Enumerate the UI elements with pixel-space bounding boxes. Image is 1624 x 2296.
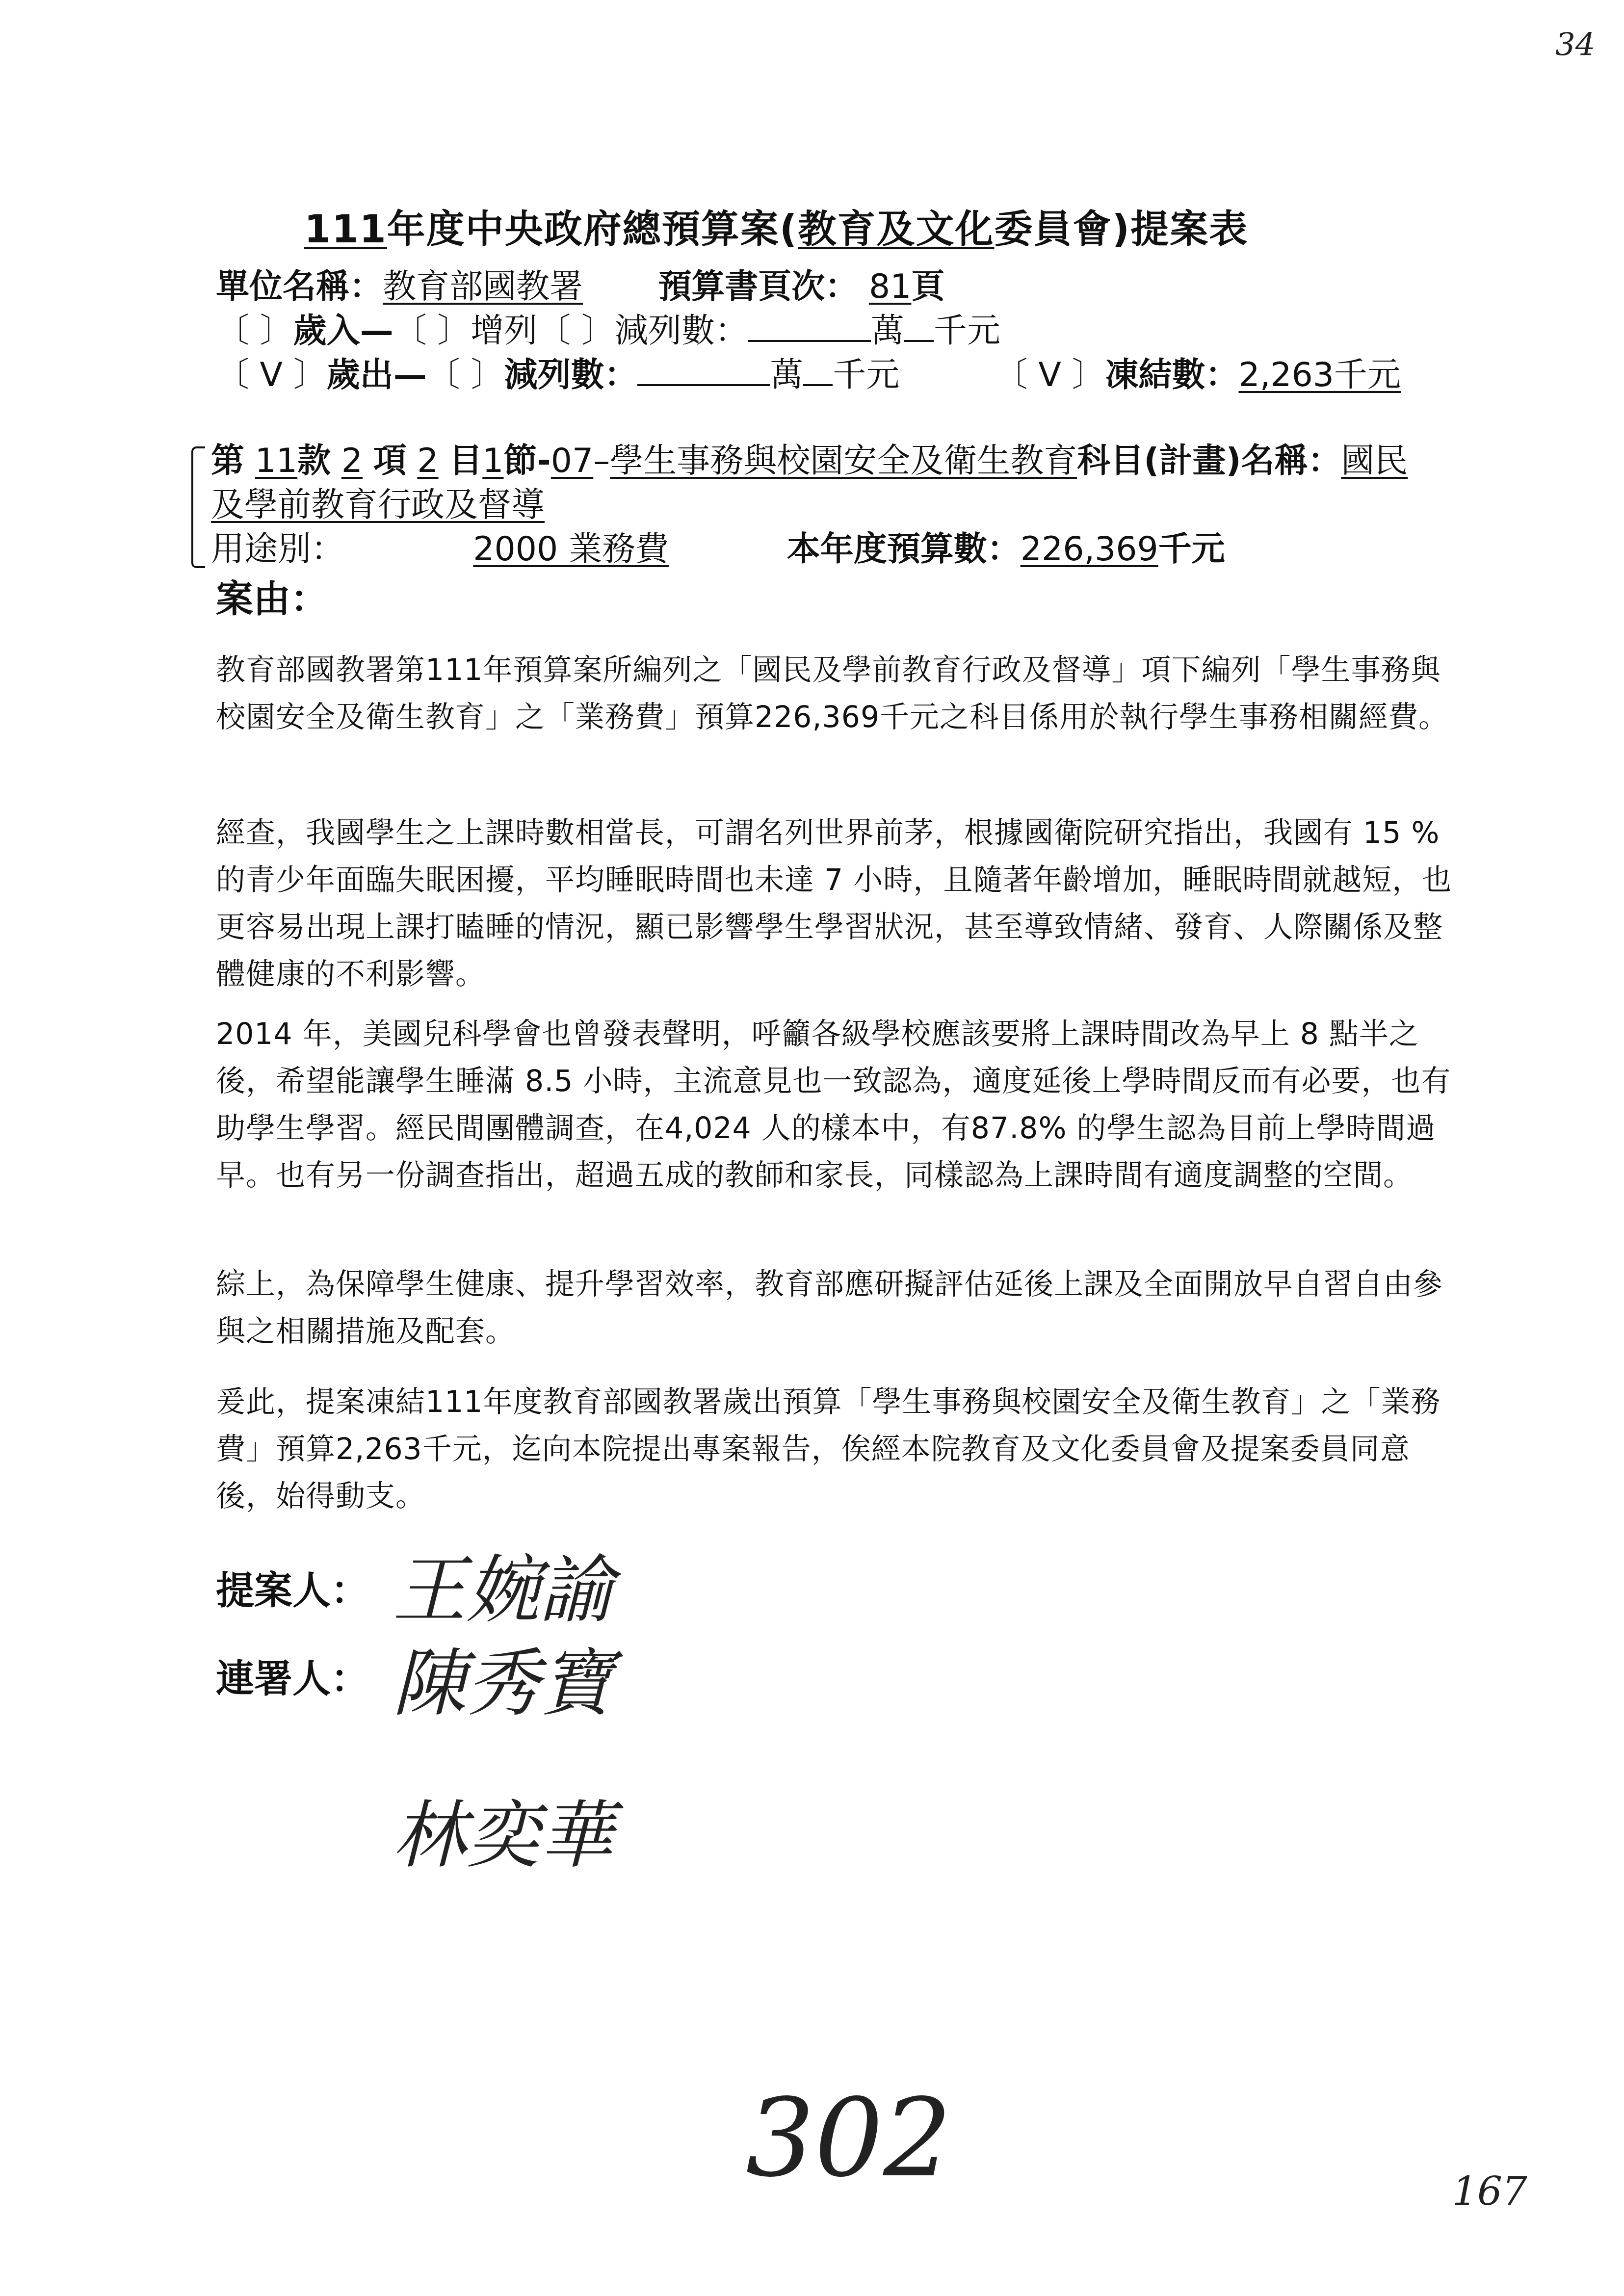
subject-xiang-label: 項 [373, 442, 407, 480]
subject-jie: 1 [482, 442, 503, 480]
paragraph-3: 2014 年，美國兒科學會也曾發表聲明，呼籲各級學校應該要將上課時間改為早上 8… [216, 1011, 1452, 1199]
page-label: 預算書頁次： [658, 267, 858, 306]
usage-row: 用途別： 2000 業務費本年度預算數：226,369千元 [211, 522, 1225, 570]
subject-kuan: 11 [255, 442, 298, 480]
subject-code: 07 [551, 442, 594, 480]
subject-kuan-label: 款 [297, 442, 331, 480]
cosigner-signature-1: 陳秀寶 [393, 1624, 613, 1730]
reduce-label: 減列數： [615, 312, 748, 350]
paragraph-4: 綜上，為保障學生健康、提升學習效率，教育部應研擬評估延後上課及全面開放早自習自由… [216, 1261, 1452, 1355]
usage-value-text: 2000 業務費 [473, 530, 669, 569]
subject-mu-label: 目 [449, 442, 482, 480]
expense-qian-blank [803, 355, 833, 386]
usage-label: 用途別： [211, 530, 344, 569]
expense-qian-label: 千元 [833, 356, 899, 394]
subject-bracket [191, 446, 205, 568]
title-year: 111 [304, 208, 387, 252]
plan-label: 科目(計畫)名稱： [1077, 442, 1341, 480]
budget-unit: 千元 [1158, 530, 1225, 569]
proposer-signature: 王婉諭 [393, 1531, 613, 1637]
expense-row: 〔 V 〕歲出—〔 〕減列數：萬千元 〔 V 〕凍結數：2,263千元 [216, 348, 1401, 396]
expense-wan-label: 萬 [770, 356, 803, 394]
add-checkbox: 〔 〕 [393, 312, 471, 350]
usage-value: 2000 業務費 [355, 522, 787, 570]
budget-value: 226,369 [1021, 530, 1158, 569]
cosigner-label: 連署人： [216, 1648, 369, 1703]
budget-label: 本年度預算數： [787, 530, 1021, 569]
qian-label: 千元 [934, 312, 1000, 350]
page-value: 81 [869, 267, 912, 306]
page-mark-bottom-center: 302 [746, 2075, 952, 2201]
unit-label: 單位名稱： [216, 267, 383, 306]
title-part2: 委員會)提案表 [995, 208, 1249, 252]
expense-reduce-label: 減列數： [504, 356, 637, 394]
document-title: 111年度中央政府總預算案(教育及文化委員會)提案表 [304, 199, 1248, 254]
revenue-label: 歲入— [293, 312, 393, 350]
subject-dash: – [593, 442, 610, 480]
page-mark-bottom-right: 167 [1452, 2168, 1527, 2214]
qian-blank [904, 311, 934, 342]
unit-value: 教育部國教署 [383, 267, 583, 306]
reason-label: 案由： [216, 569, 328, 623]
revenue-row: 〔 〕歲入—〔 〕增列〔 〕減列數：萬千元 [216, 304, 1000, 352]
subject-row-1: 第 11款 2 項 2 目1節-07–學生事務與校園安全及衛生教育科目(計畫)名… [211, 434, 1408, 482]
proposer-label: 提案人： [216, 1560, 369, 1615]
freeze-checkbox: 〔 V 〕 [995, 356, 1105, 394]
add-label: 增列 [471, 312, 537, 350]
subject-row-2: 及學前教育行政及督導 [211, 478, 545, 526]
subject-mu: 2 [417, 442, 438, 480]
title-part1: 年度中央政府總預算案( [387, 208, 798, 252]
expense-label: 歲出— [327, 356, 427, 394]
plan-value-2: 及學前教育行政及督導 [211, 486, 545, 524]
subject-prefix: 第 [211, 442, 244, 480]
expense-wan-blank [637, 355, 770, 386]
page-suffix: 頁 [911, 267, 944, 306]
revenue-checkbox: 〔 〕 [216, 312, 293, 350]
wan-label: 萬 [871, 312, 904, 350]
title-committee: 教育及文化 [798, 208, 994, 252]
subject-name: 學生事務與校園安全及衛生教育 [610, 442, 1077, 480]
page-mark-top-right: 34 [1555, 27, 1595, 63]
wan-blank [748, 311, 871, 342]
paragraph-5: 爰此，提案凍結111年度教育部國教署歲出預算「學生事務與校園安全及衛生教育」之「… [216, 1379, 1452, 1520]
reduce-checkbox: 〔 〕 [537, 312, 615, 350]
expense-checkbox: 〔 V 〕 [216, 356, 327, 394]
paragraph-2: 經查，我國學生之上課時數相當長，可謂名列世界前茅，根據國衛院研究指出，我國有 1… [216, 809, 1452, 998]
expense-reduce-checkbox: 〔 〕 [427, 356, 504, 394]
plan-value-1: 國民 [1341, 442, 1408, 480]
unit-row: 單位名稱：教育部國教署 預算書頁次： 81頁 [216, 260, 944, 308]
subject-jie-label: 節- [504, 442, 551, 480]
freeze-label: 凍結數： [1105, 356, 1238, 394]
freeze-value: 2,263千元 [1238, 356, 1401, 394]
cosigner-signature-2: 林奕華 [393, 1776, 613, 1882]
subject-xiang: 2 [341, 442, 363, 480]
paragraph-1: 教育部國教署第111年預算案所編列之「國民及學前教育行政及督導」項下編列「學生事… [216, 647, 1452, 741]
